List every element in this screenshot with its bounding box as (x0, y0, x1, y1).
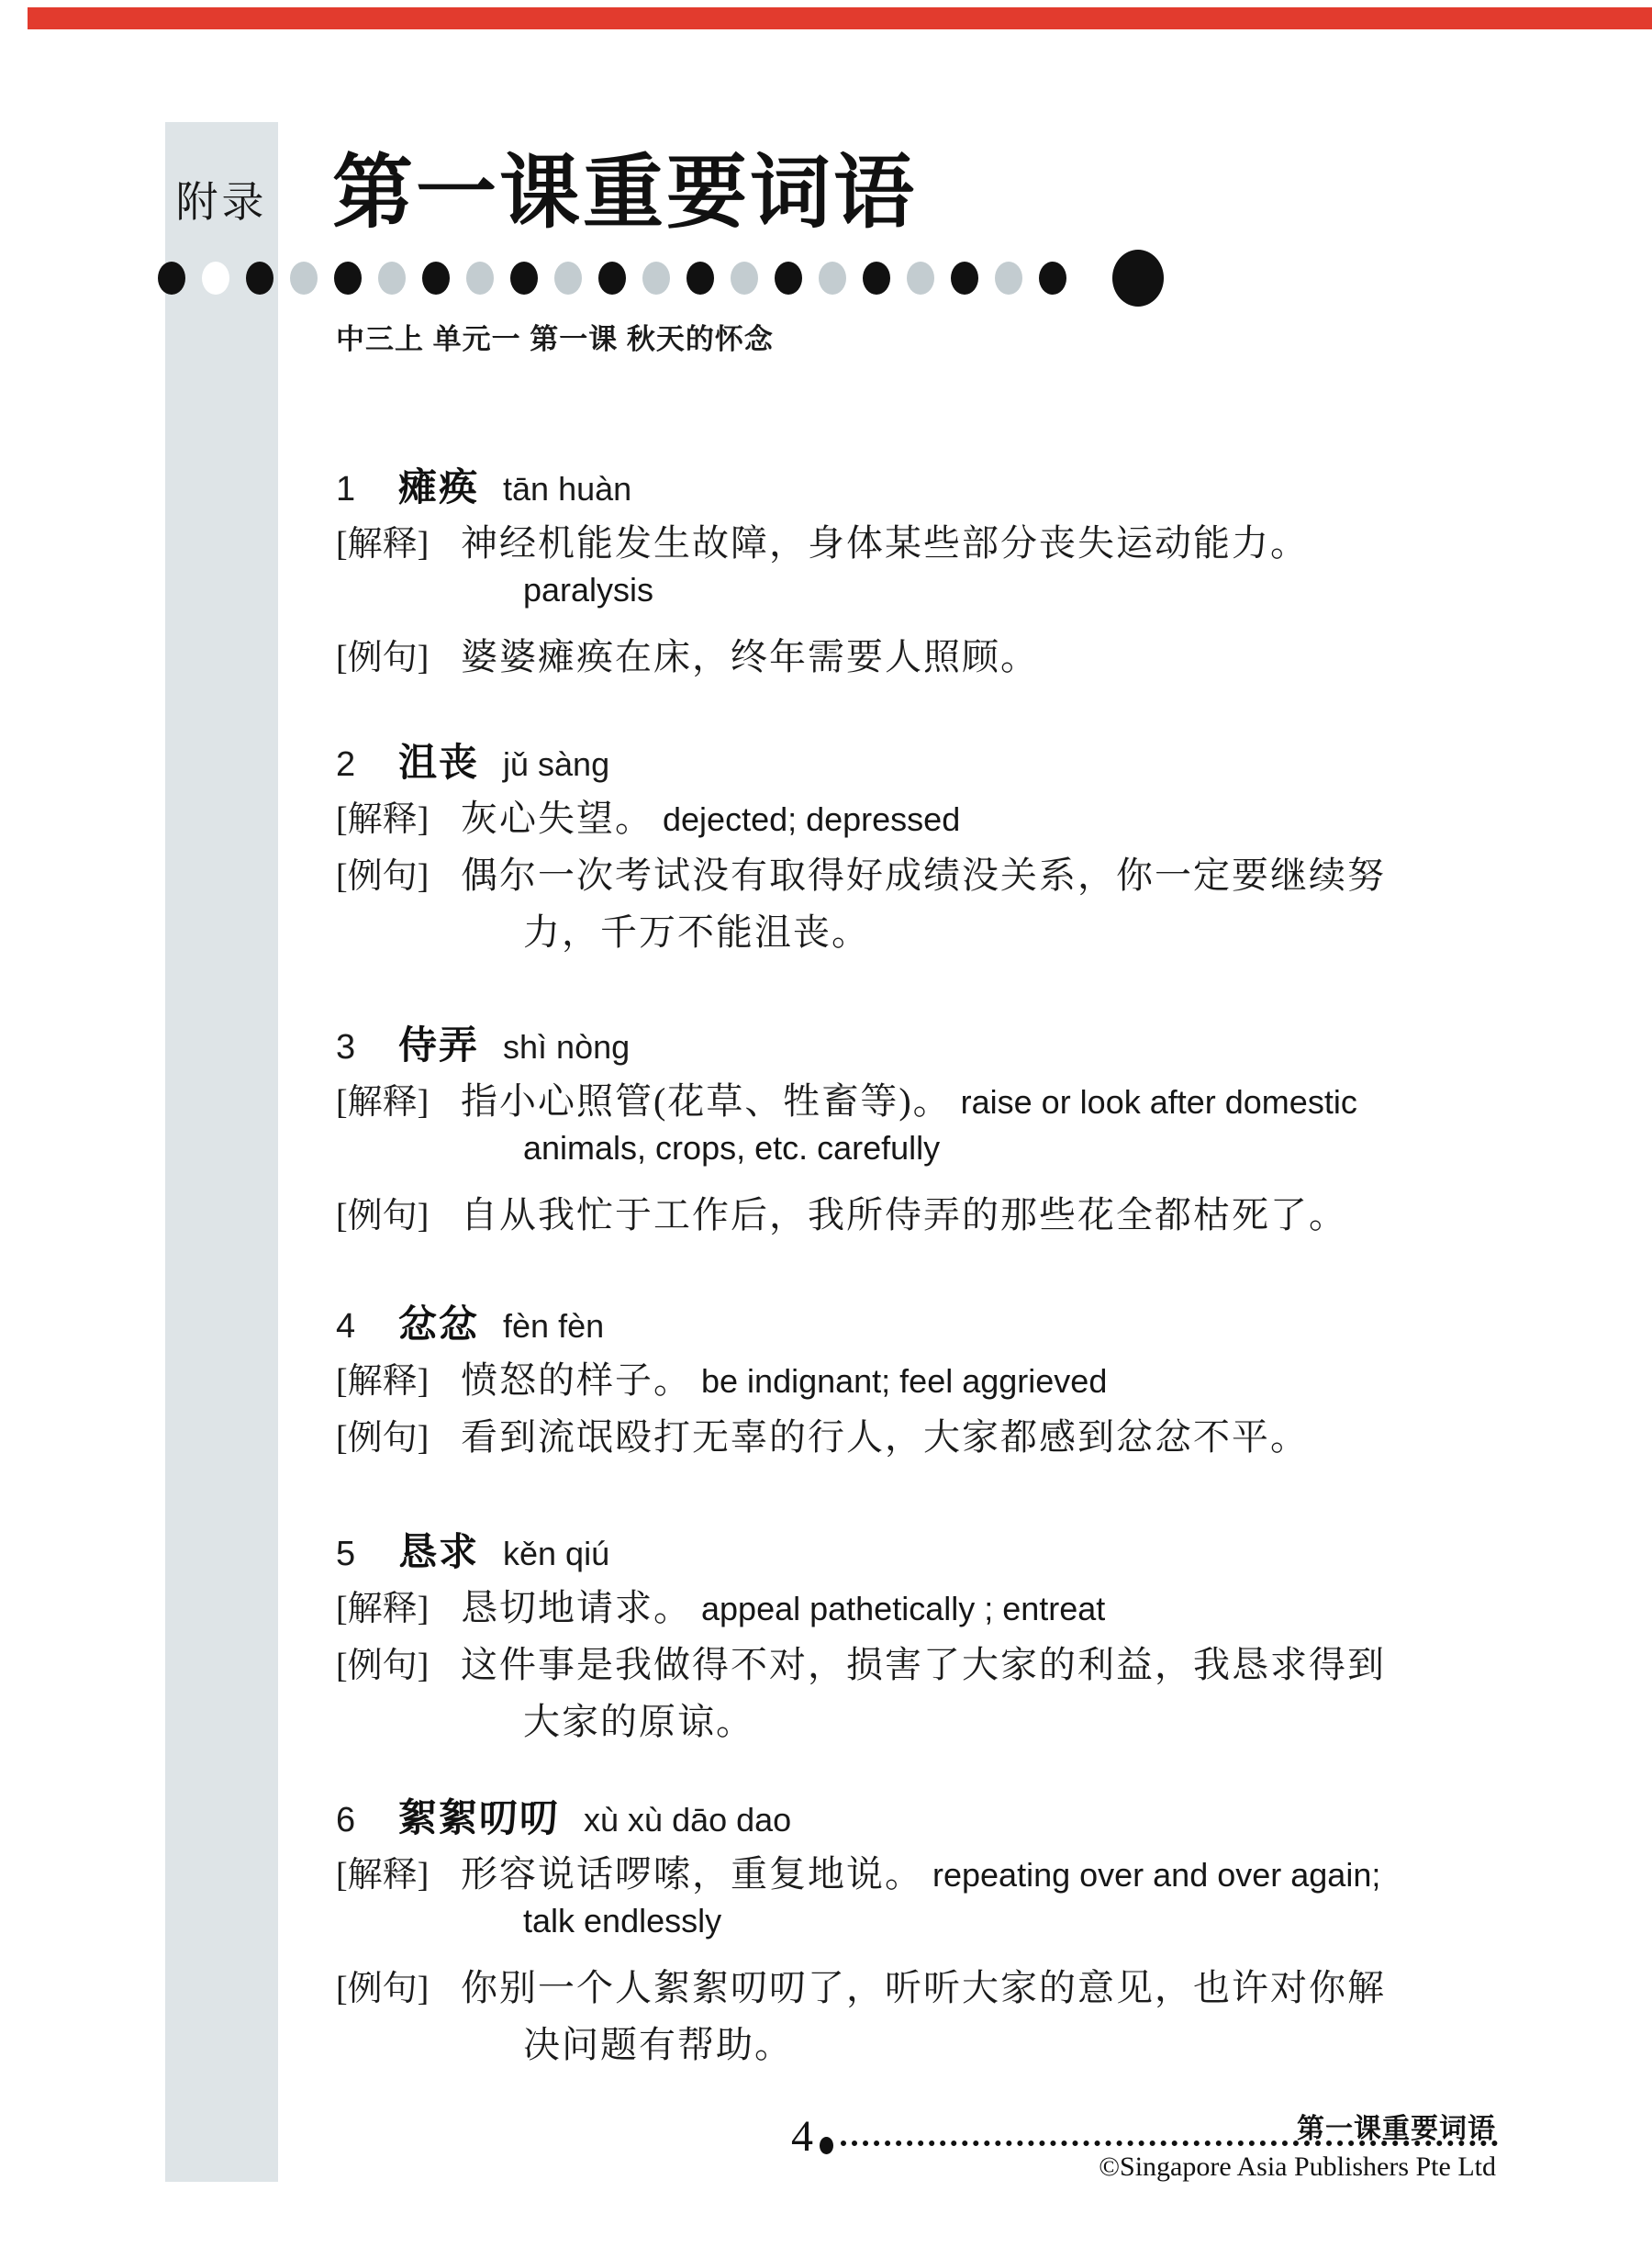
divider-dot (731, 262, 758, 295)
divider-dot (686, 262, 714, 295)
example-label: [例句] (336, 847, 461, 898)
divider-dot (863, 262, 890, 295)
definition-label: [解释] (336, 1352, 461, 1403)
entry-number: 6 (336, 1801, 398, 1840)
entry-headline: 1瘫痪tān huàn (336, 457, 631, 512)
definition-english: raise or look after domestic (961, 1083, 1357, 1121)
definition-label: [解释] (336, 1580, 461, 1630)
definition-chinese: 灰心失望。 (461, 798, 653, 839)
vocab-entry: 6絮絮叨叨xù xù dāo dao [解释]形容说话啰嗦，重复地说。repea… (336, 1788, 1520, 2082)
definition-chinese: 恳切地请求。 (461, 1587, 692, 1628)
entry-number: 1 (336, 470, 398, 509)
definition-label: [解释] (336, 790, 461, 841)
entry-word: 侍弄 (398, 1023, 479, 1067)
lesson-subtitle: 中三上 单元一 第一课 秋天的怀念 (336, 316, 774, 357)
entry-word: 恳求 (398, 1530, 479, 1573)
entry-number: 3 (336, 1028, 398, 1068)
entry-pinyin: shì nòng (503, 1028, 630, 1066)
divider-dot (334, 262, 362, 295)
vocab-entry: 1瘫痪tān huàn [解释]神经机能发生故障，身体某些部分丧失运动能力。 p… (336, 457, 1520, 751)
definition-english: dejected; depressed (663, 800, 960, 838)
definition-english-cont: talk endlessly (523, 1902, 721, 1939)
definition-english: repeating over and over again; (932, 1856, 1380, 1894)
example-line: [例句]婆婆瘫痪在床，终年需要人照顾。 (336, 628, 1039, 680)
entry-headline: 4忿忿fèn fèn (336, 1294, 604, 1349)
definition-english-cont: animals, crops, etc. carefully (523, 1129, 940, 1167)
definition-english: be indignant; feel aggrieved (701, 1362, 1107, 1400)
entry-number: 2 (336, 745, 398, 785)
appendix-label: 附录 (165, 169, 278, 229)
example-line: [例句]自从我忙于工作后，我所侍弄的那些花全都枯死了。 (336, 1186, 1347, 1238)
definition-label: [解释] (336, 515, 461, 565)
copyright-notice: ©Singapore Asia Publishers Pte Ltd (1099, 2152, 1496, 2183)
definition-english: appeal pathetically ; entreat (701, 1590, 1105, 1627)
divider-dot (290, 262, 318, 295)
example-label: [例句] (336, 1960, 461, 2010)
divider-dot (422, 262, 450, 295)
footer-leader-dot (820, 2137, 833, 2154)
definition-line: [解释]愤怒的样子。be indignant; feel aggrieved (336, 1351, 1107, 1403)
entry-pinyin: xù xù dāo dao (584, 1801, 791, 1839)
entry-word: 忿忿 (398, 1302, 479, 1346)
divider-dot (158, 262, 185, 295)
divider-dot (1039, 262, 1066, 295)
example-chinese: 这件事是我做得不对，损害了大家的利益，我恳求得到 (461, 1644, 1386, 1685)
entry-pinyin: tān huàn (503, 470, 631, 508)
divider-dot (510, 262, 538, 295)
example-label: [例句] (336, 629, 461, 679)
entry-pinyin: fèn fèn (503, 1307, 604, 1345)
definition-english-line: talk endlessly (523, 1902, 721, 1940)
example-label: [例句] (336, 1187, 461, 1237)
example-line: [例句]这件事是我做得不对，损害了大家的利益，我恳求得到 (336, 1636, 1386, 1688)
definition-english: paralysis (523, 571, 653, 609)
vocab-entry: 3侍弄shì nòng [解释]指小心照管(花草、牲畜等)。raise or l… (336, 1015, 1520, 1309)
appendix-sidebar (165, 122, 278, 2182)
divider-dot (598, 262, 626, 295)
definition-label: [解释] (336, 1073, 461, 1123)
example-continuation-line: 力，千万不能沮丧。 (523, 903, 870, 956)
page-title: 第一课重要词语 (332, 149, 917, 237)
divider-dot (642, 262, 670, 295)
definition-line: [解释]形容说话啰嗦，重复地说。repeating over and over … (336, 1845, 1380, 1897)
definition-label: [解释] (336, 1846, 461, 1896)
example-label: [例句] (336, 1409, 461, 1459)
definition-english-line: paralysis (523, 571, 653, 609)
page-number: 4 (791, 2111, 813, 2162)
definition-chinese: 神经机能发生故障，身体某些部分丧失运动能力。 (461, 522, 1309, 564)
entry-number: 4 (336, 1307, 398, 1347)
divider-dot (246, 262, 273, 295)
definition-line: [解释]指小心照管(花草、牲畜等)。raise or look after do… (336, 1072, 1357, 1124)
definition-english-line: animals, crops, etc. carefully (523, 1129, 940, 1168)
example-chinese-cont: 力，千万不能沮丧。 (523, 911, 870, 953)
example-continuation-line: 决问题有帮助。 (523, 2016, 793, 2068)
divider-dot (378, 262, 406, 295)
entry-headline: 3侍弄shì nòng (336, 1015, 630, 1070)
divider-dot (907, 262, 934, 295)
divider-dot (819, 262, 846, 295)
example-chinese: 偶尔一次考试没有取得好成绩没关系，你一定要继续努 (461, 855, 1386, 896)
divider-dot (995, 262, 1022, 295)
entry-pinyin: kěn qiú (503, 1535, 609, 1572)
entry-word: 絮絮叨叨 (398, 1796, 560, 1839)
divider-dot (202, 262, 229, 295)
divider-dot (951, 262, 978, 295)
example-line: [例句]你别一个人絮絮叨叨了，听听大家的意见，也许对你解 (336, 1959, 1386, 2011)
example-chinese: 你别一个人絮絮叨叨了，听听大家的意见，也许对你解 (461, 1967, 1386, 2008)
definition-line: [解释]灰心失望。dejected; depressed (336, 789, 960, 842)
divider-end-dot (1112, 250, 1164, 307)
entry-headline: 2沮丧jǔ sàng (336, 732, 609, 788)
entry-pinyin: jǔ sàng (503, 745, 609, 783)
top-red-bar (28, 7, 1652, 29)
example-chinese: 看到流氓殴打无辜的行人，大家都感到忿忿不平。 (461, 1416, 1309, 1458)
book-page: 附录 第一课重要词语 中三上 单元一 第一课 秋天的怀念 1瘫痪tān huàn… (0, 0, 1652, 2258)
entry-word: 瘫痪 (398, 465, 479, 509)
definition-chinese: 愤怒的样子。 (461, 1359, 692, 1401)
entry-word: 沮丧 (398, 741, 479, 784)
example-chinese-cont: 大家的原谅。 (523, 1701, 754, 1742)
entry-number: 5 (336, 1535, 398, 1574)
definition-line: [解释]恳切地请求。appeal pathetically ; entreat (336, 1579, 1105, 1631)
example-line: [例句]看到流氓殴打无辜的行人，大家都感到忿忿不平。 (336, 1408, 1309, 1460)
divider-dot (554, 262, 582, 295)
vocab-entry: 5恳求kěn qiú [解释]恳切地请求。appeal pathetically… (336, 1522, 1520, 1816)
example-chinese: 自从我忙于工作后，我所侍弄的那些花全都枯死了。 (461, 1194, 1347, 1235)
example-continuation-line: 大家的原谅。 (523, 1693, 754, 1745)
entry-headline: 5恳求kěn qiú (336, 1522, 609, 1577)
example-chinese: 婆婆瘫痪在床，终年需要人照顾。 (461, 636, 1039, 677)
definition-chinese: 形容说话啰嗦，重复地说。 (461, 1853, 923, 1895)
entry-headline: 6絮絮叨叨xù xù dāo dao (336, 1788, 791, 1843)
footer-dotted-line (841, 2141, 1498, 2146)
example-line: [例句]偶尔一次考试没有取得好成绩没关系，你一定要继续努 (336, 846, 1386, 899)
vocab-entry: 2沮丧jǔ sàng [解释]灰心失望。dejected; depressed … (336, 732, 1520, 1026)
divider-dot (775, 262, 802, 295)
definition-line: [解释]神经机能发生故障，身体某些部分丧失运动能力。 (336, 514, 1309, 566)
definition-chinese: 指小心照管(花草、牲畜等)。 (461, 1080, 952, 1122)
example-label: [例句] (336, 1637, 461, 1687)
divider-dot (466, 262, 494, 295)
example-chinese-cont: 决问题有帮助。 (523, 2024, 793, 2065)
